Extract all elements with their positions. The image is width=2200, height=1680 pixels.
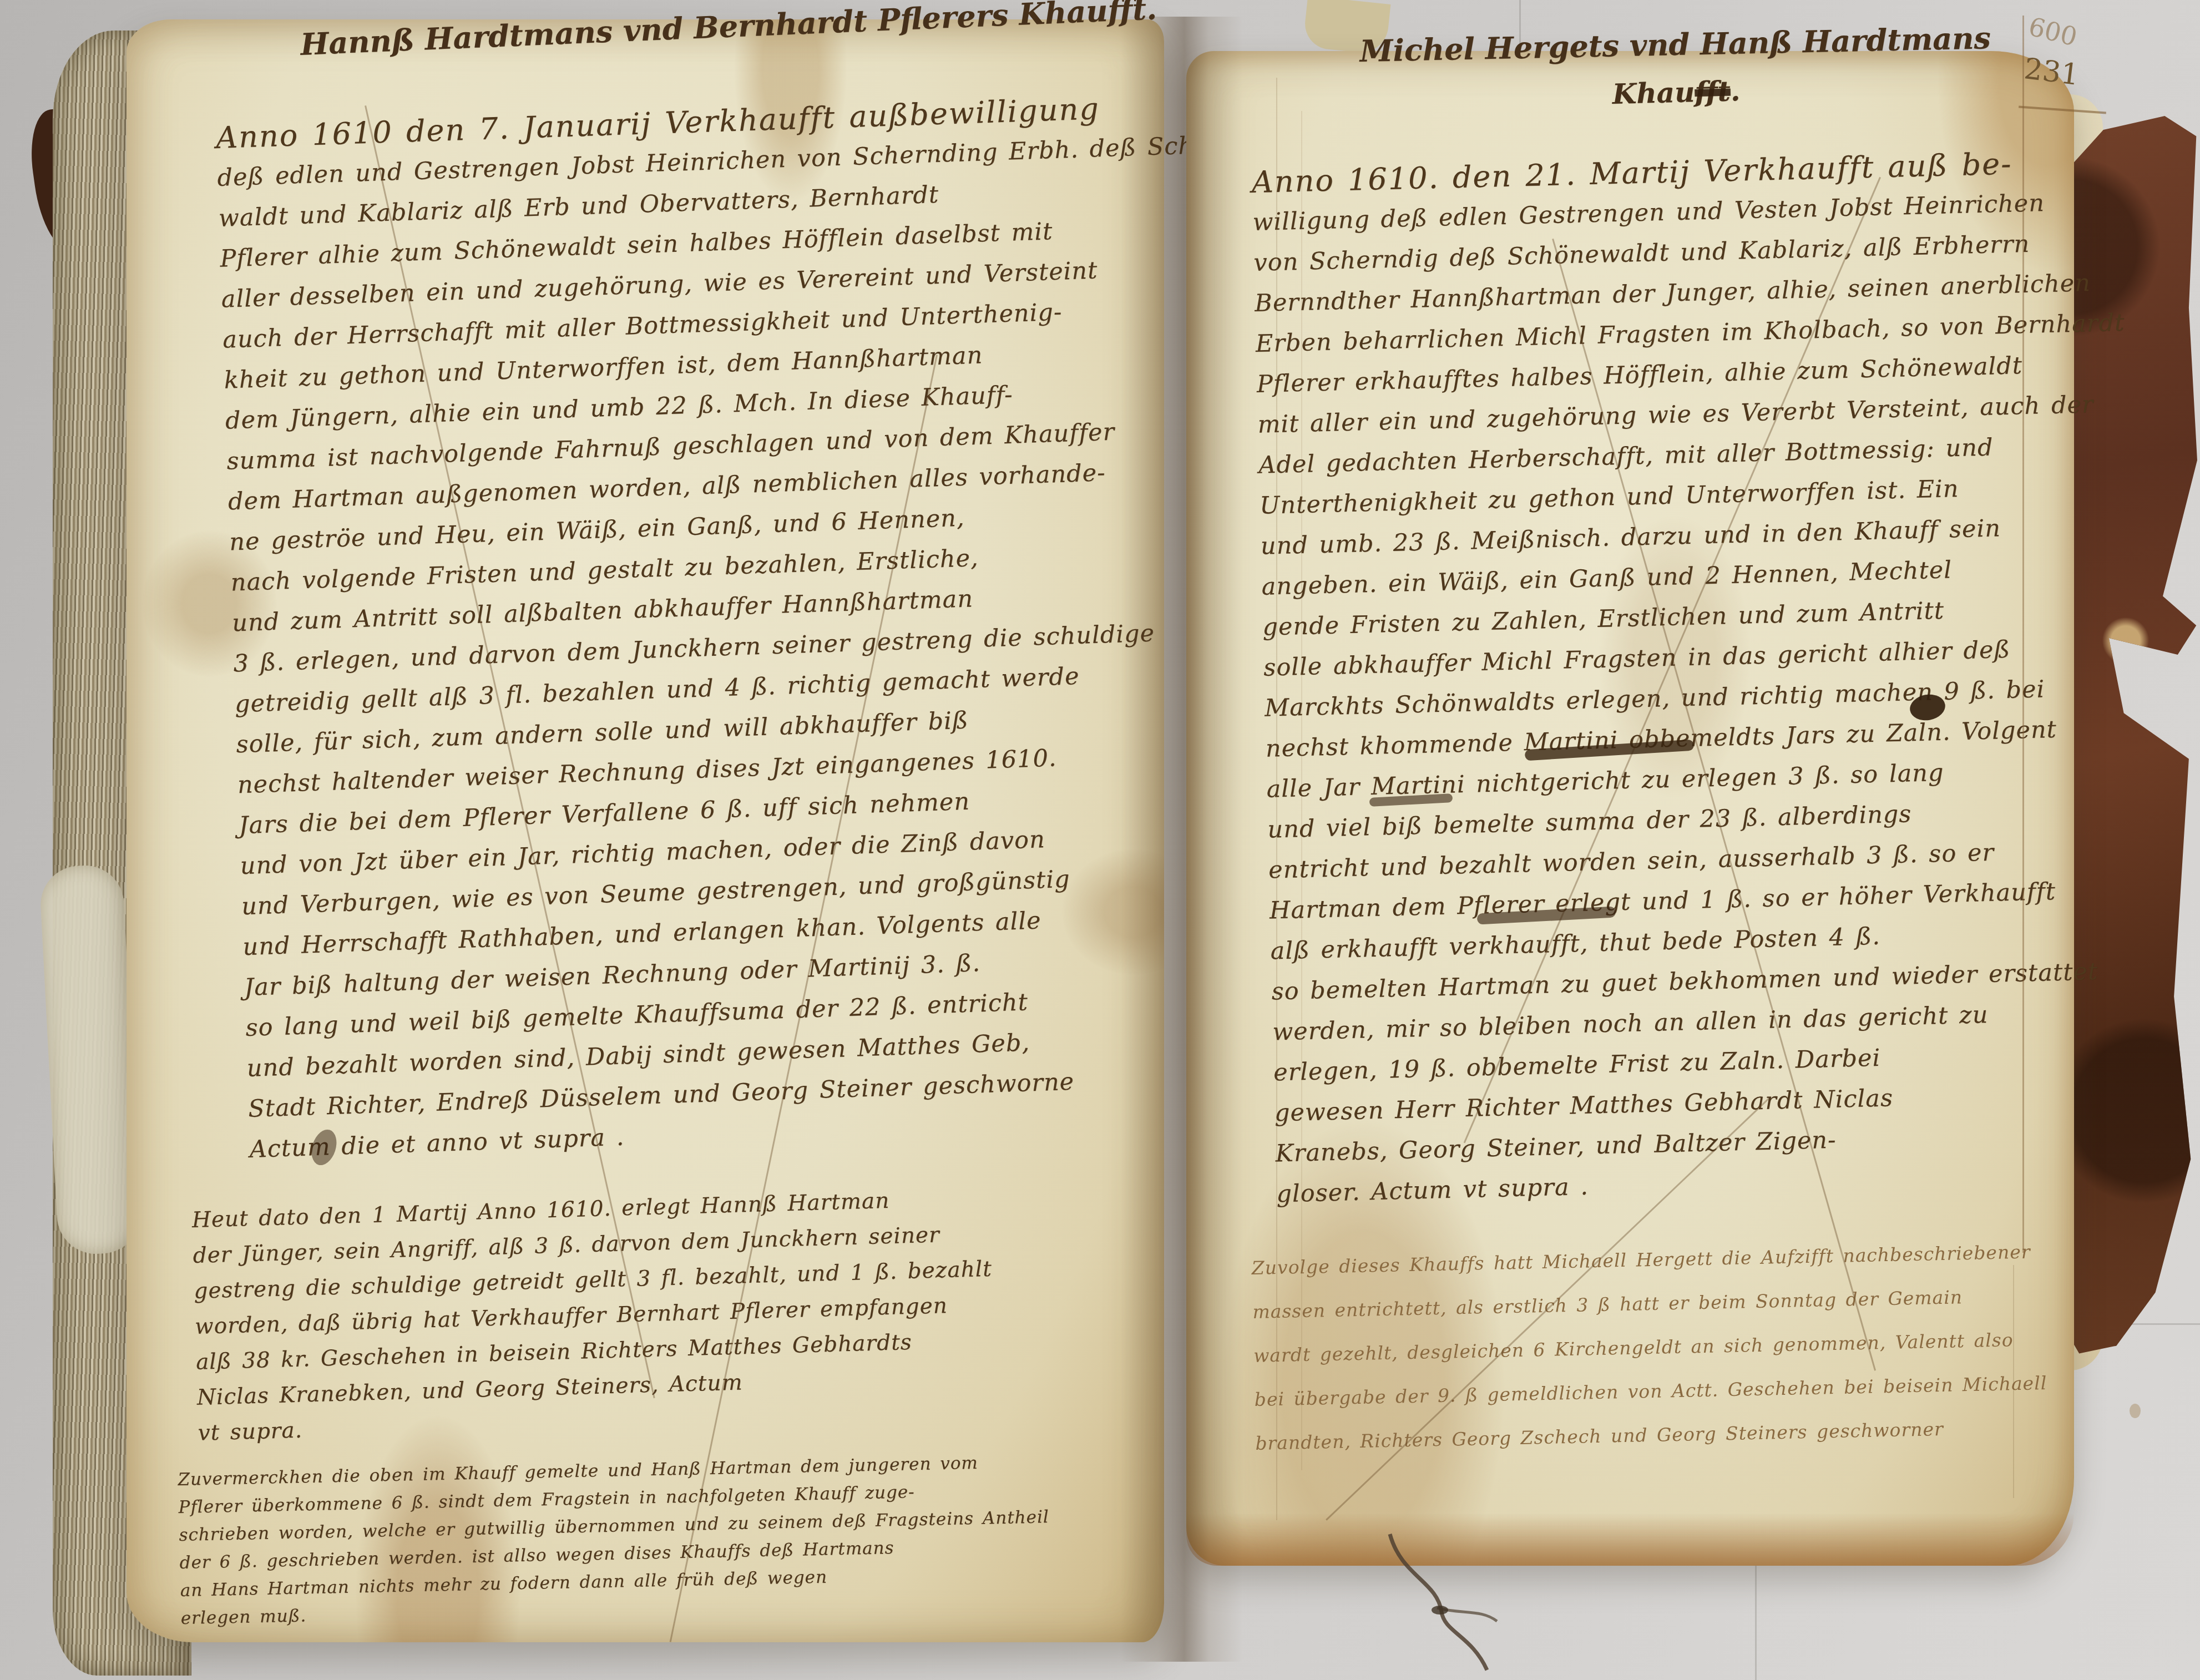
background-speck xyxy=(2130,1404,2141,1418)
heading-word-period: . xyxy=(1730,74,1741,107)
heading-word-plain: Khau xyxy=(1612,75,1695,110)
heading-word-struck: fft xyxy=(1695,74,1731,108)
page-crease xyxy=(1301,111,1302,1470)
binding-thread xyxy=(1271,1492,1604,1680)
left-payment-note: Heut dato den 1 Martij Anno 1610. erlegt… xyxy=(191,1176,1152,1451)
right-page-heading-word: Khaufft. xyxy=(1612,74,1741,110)
right-deed-text: Anno 1610. den 21. Martij Verkhaufft auß… xyxy=(1251,143,2054,1215)
left-memo-note: Zuvermerckhen die oben im Khauff gemelte… xyxy=(178,1445,1157,1632)
page-crease xyxy=(2013,1265,2014,1498)
page-crease xyxy=(1276,78,1277,1520)
margin-rule-line xyxy=(2022,16,2024,1253)
right-receipt-note: Zuvolge dieses Khauffs hatt Michaell Her… xyxy=(1251,1229,2049,1465)
manuscript-photo: Hannß Hardtmans vnd Bernhardt Pflerers K… xyxy=(0,0,2200,1680)
left-deed-text: Anno 1610 den 7. Januarij Verkhaufft auß… xyxy=(215,87,1193,1170)
page-number: 231 xyxy=(2022,52,2081,92)
